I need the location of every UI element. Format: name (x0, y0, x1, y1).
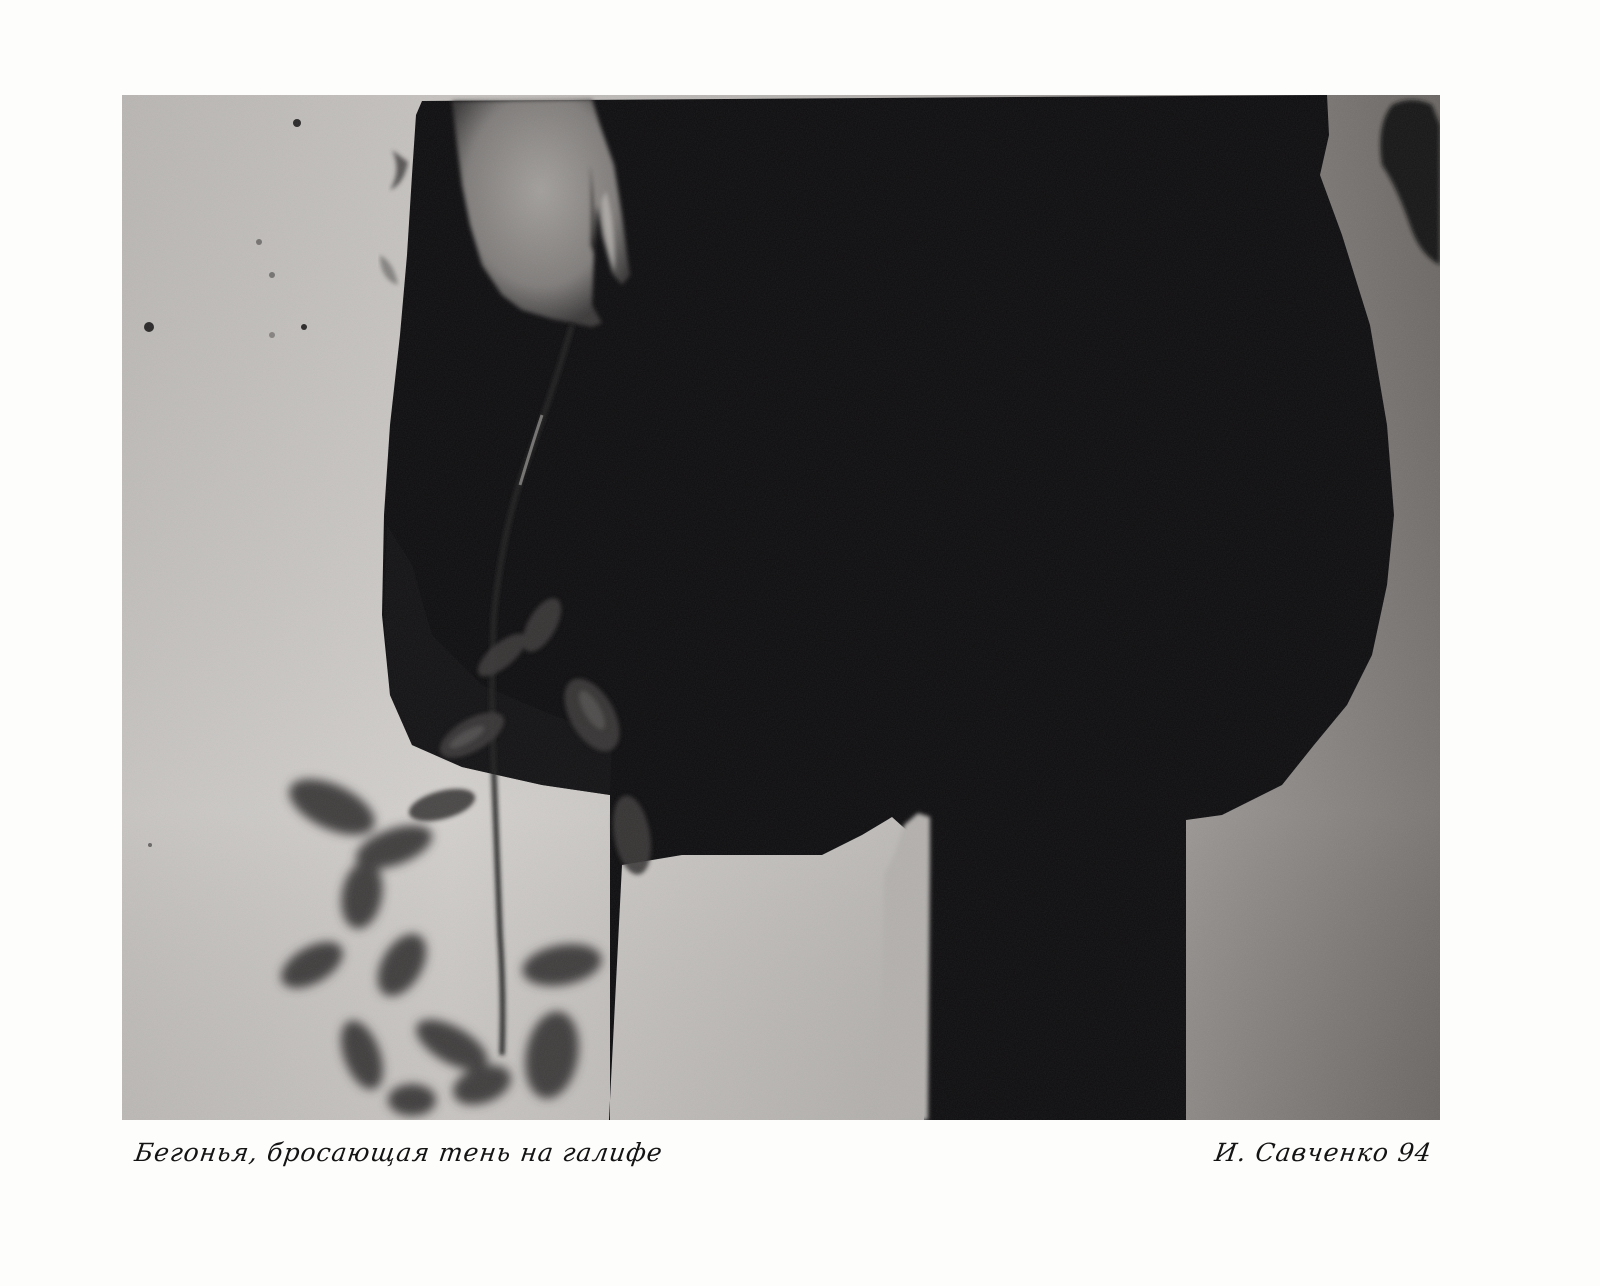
artist-signature: И. Савченко 94 (1213, 1138, 1434, 1167)
caption-title: Бегонья, бросающая тень на галифе (133, 1138, 665, 1167)
photograph-image (122, 95, 1440, 1120)
photograph (122, 95, 1440, 1120)
